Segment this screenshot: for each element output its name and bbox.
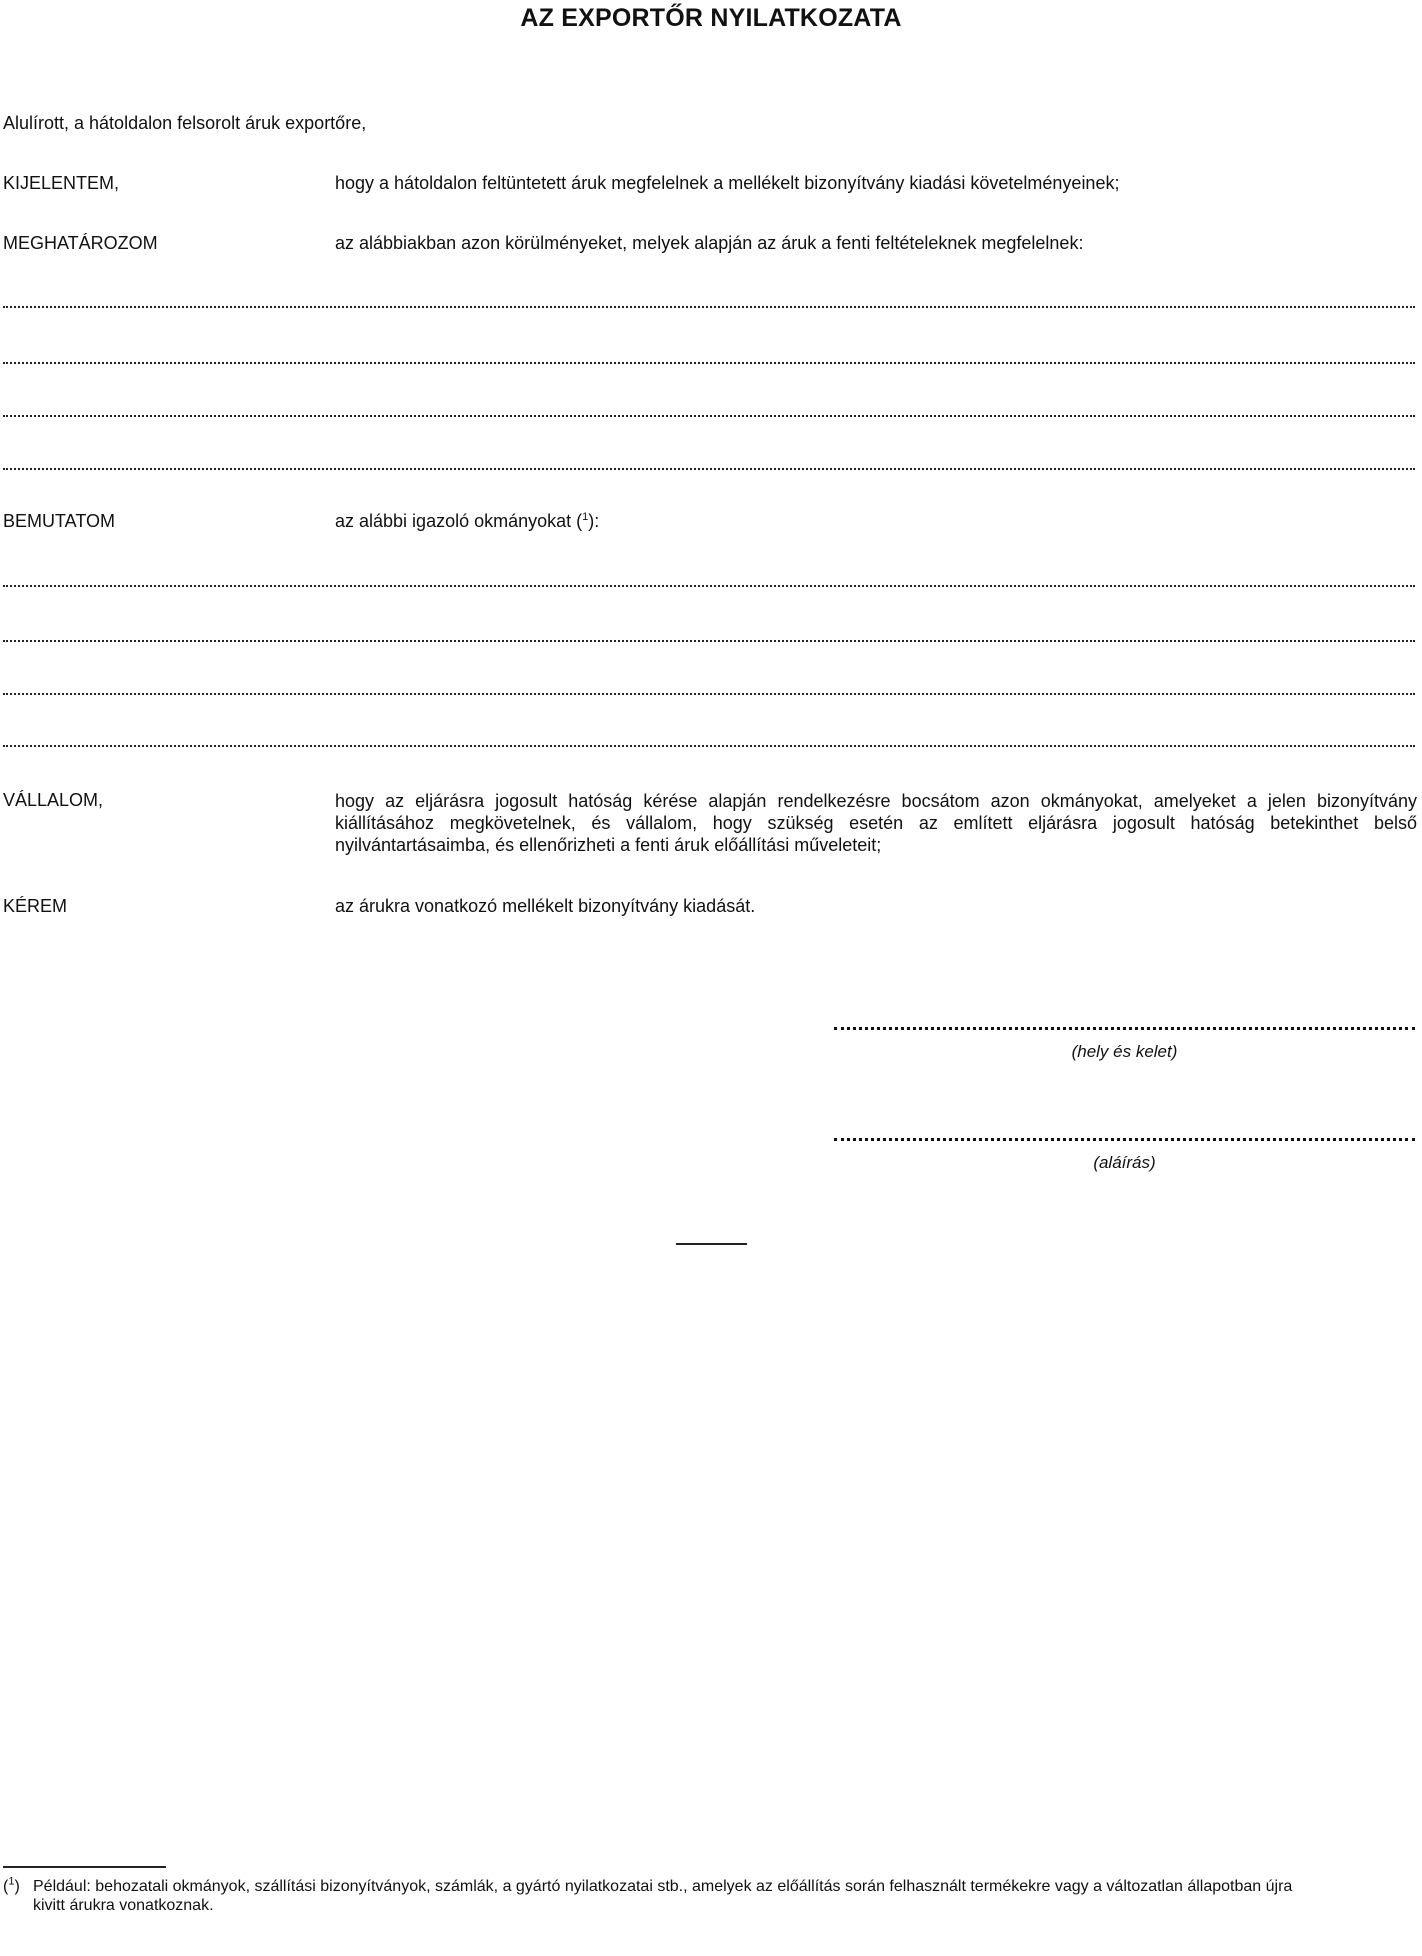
text-bemutatom: az alábbi igazoló okmányokat (1):: [335, 511, 599, 532]
end-divider: [676, 1243, 747, 1245]
footnote-text: Például: behozatali okmányok, szállítási…: [33, 1878, 1292, 1895]
footnote-divider: [3, 1866, 166, 1868]
fill-line-documents[interactable]: [3, 745, 1415, 747]
text-bemutatom-before: az alábbi igazoló okmányokat (: [335, 511, 582, 531]
fill-line-documents[interactable]: [3, 585, 1415, 587]
place-date-line[interactable]: [834, 1027, 1415, 1030]
footnote-text-line2: kivitt árukra vonatkoznak.: [3, 1896, 1415, 1915]
label-kijelentem: KIJELENTEM,: [3, 173, 119, 194]
signature-caption: (aláírás): [834, 1153, 1415, 1173]
fill-line-documents[interactable]: [3, 693, 1415, 695]
label-meghatarozom: MEGHATÁROZOM: [3, 233, 158, 254]
signature-line[interactable]: [834, 1138, 1415, 1141]
intro-text: Alulírott, a hátoldalon felsorolt áruk e…: [3, 113, 366, 134]
fill-line-circumstances[interactable]: [3, 468, 1415, 470]
fill-line-circumstances[interactable]: [3, 306, 1415, 308]
footnote: (1)Például: behozatali okmányok, szállít…: [3, 1877, 1415, 1915]
text-kerem: az árukra vonatkozó mellékelt bizonyítvá…: [335, 896, 755, 917]
place-date-caption: (hely és kelet): [834, 1042, 1415, 1062]
text-bemutatom-after: ):: [588, 511, 599, 531]
footnote-mark: (1): [3, 1877, 33, 1896]
label-bemutatom: BEMUTATOM: [3, 511, 115, 532]
text-vallalom: hogy az eljárásra jogosult hatóság kérés…: [335, 790, 1417, 856]
fill-line-circumstances[interactable]: [3, 415, 1415, 417]
label-vallalom: VÁLLALOM,: [3, 790, 103, 811]
label-kerem: KÉREM: [3, 896, 67, 917]
document-title: AZ EXPORTŐR NYILATKOZATA: [0, 4, 1422, 33]
fill-line-circumstances[interactable]: [3, 362, 1415, 364]
text-meghatarozom: az alábbiakban azon körülményeket, melye…: [335, 233, 1083, 254]
text-kijelentem: hogy a hátoldalon feltüntetett áruk megf…: [335, 173, 1119, 194]
fill-line-documents[interactable]: [3, 640, 1415, 642]
